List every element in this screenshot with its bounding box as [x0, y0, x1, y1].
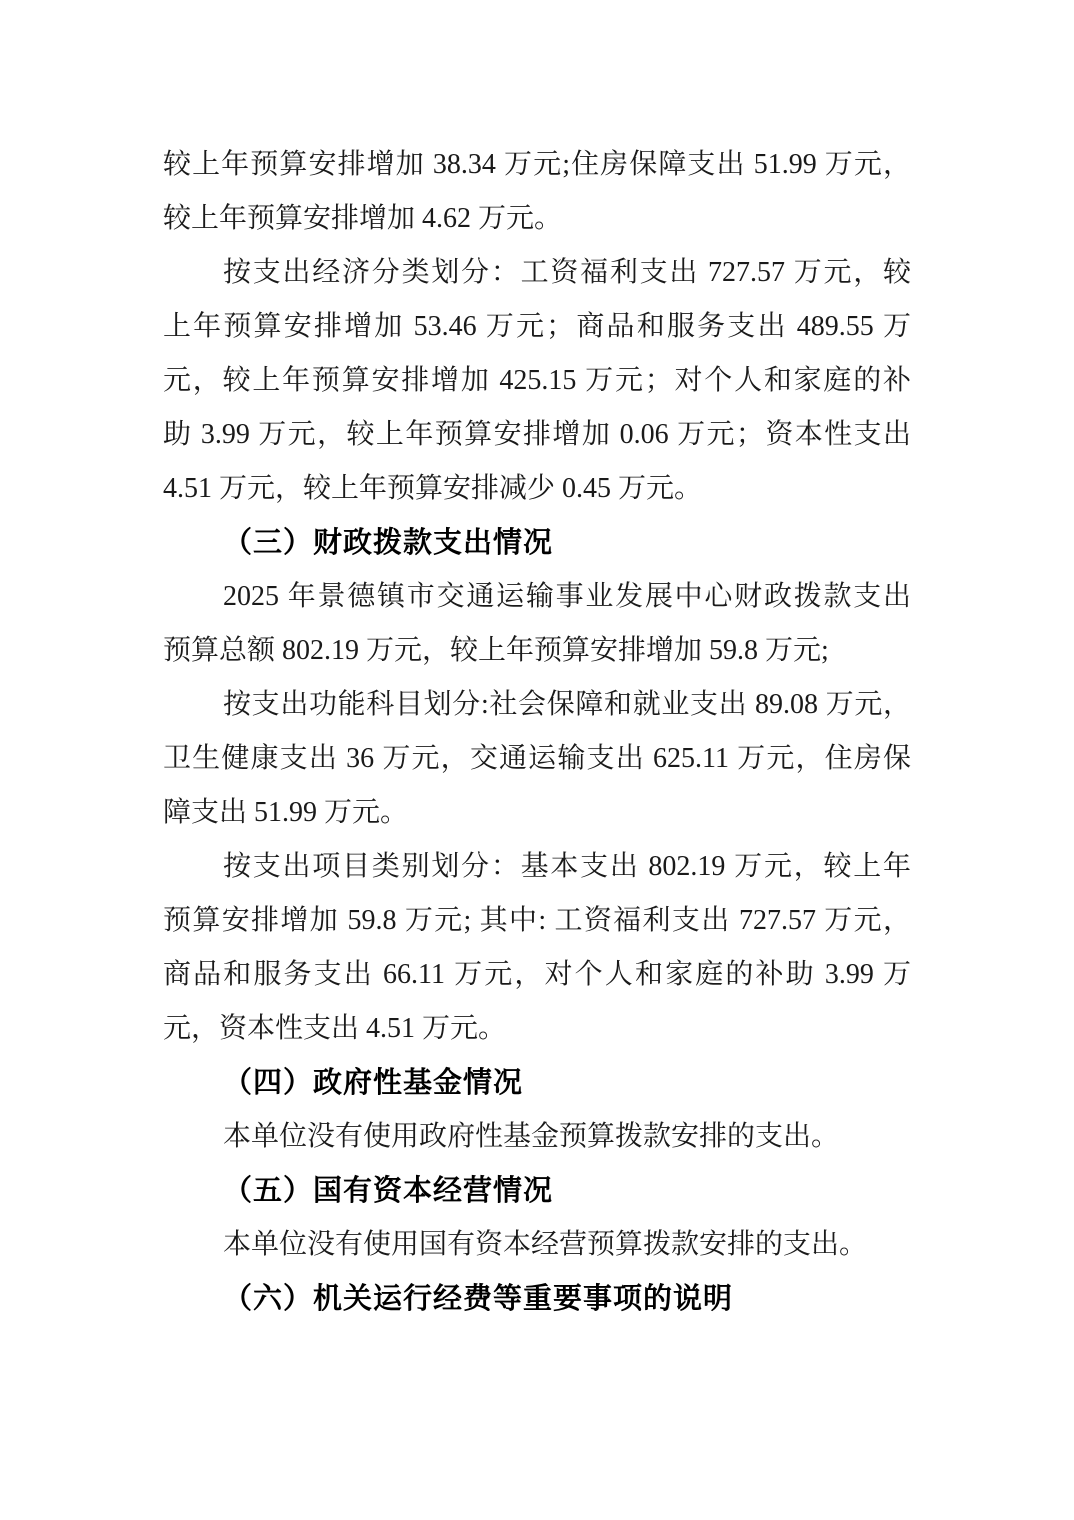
- text-line: 预算总额 802.19 万元，较上年预算安排增加 59.8 万元;: [163, 624, 911, 678]
- text-line: 较上年预算安排增加 38.34 万元;住房保障支出 51.99 万元，: [163, 138, 911, 192]
- section-heading-4: （四）政府性基金情况: [163, 1056, 911, 1110]
- text-line: 2025 年景德镇市交通运输事业发展中心财政拨款支出: [163, 570, 911, 624]
- document-page: 较上年预算安排增加 38.34 万元;住房保障支出 51.99 万元， 较上年预…: [0, 0, 1074, 1520]
- text-line: 按支出项目类别划分：基本支出 802.19 万元，较上年: [163, 840, 911, 894]
- text-line: 卫生健康支出 36 万元，交通运输支出 625.11 万元，住房保: [163, 732, 911, 786]
- text-line: 本单位没有使用政府性基金预算拨款安排的支出。: [163, 1110, 911, 1164]
- text-line: 按支出经济分类划分：工资福利支出 727.57 万元，较: [163, 246, 911, 300]
- text-line: 上年预算安排增加 53.46 万元；商品和服务支出 489.55 万: [163, 300, 911, 354]
- text-line: 预算安排增加 59.8 万元; 其中: 工资福利支出 727.57 万元，: [163, 894, 911, 948]
- document-body: 较上年预算安排增加 38.34 万元;住房保障支出 51.99 万元， 较上年预…: [163, 138, 911, 1326]
- section-heading-3: （三）财政拨款支出情况: [163, 516, 911, 570]
- text-line: 较上年预算安排增加 4.62 万元。: [163, 192, 911, 246]
- text-line: 元，资本性支出 4.51 万元。: [163, 1002, 911, 1056]
- text-line: 本单位没有使用国有资本经营预算拨款安排的支出。: [163, 1218, 911, 1272]
- section-heading-6: （六）机关运行经费等重要事项的说明: [163, 1272, 911, 1326]
- text-line: 商品和服务支出 66.11 万元，对个人和家庭的补助 3.99 万: [163, 948, 911, 1002]
- text-line: 元，较上年预算安排增加 425.15 万元；对个人和家庭的补: [163, 354, 911, 408]
- text-line: 助 3.99 万元，较上年预算安排增加 0.06 万元；资本性支出: [163, 408, 911, 462]
- text-line: 4.51 万元，较上年预算安排减少 0.45 万元。: [163, 462, 911, 516]
- text-line: 障支出 51.99 万元。: [163, 786, 911, 840]
- text-line: 按支出功能科目划分:社会保障和就业支出 89.08 万元，: [163, 678, 911, 732]
- section-heading-5: （五）国有资本经营情况: [163, 1164, 911, 1218]
